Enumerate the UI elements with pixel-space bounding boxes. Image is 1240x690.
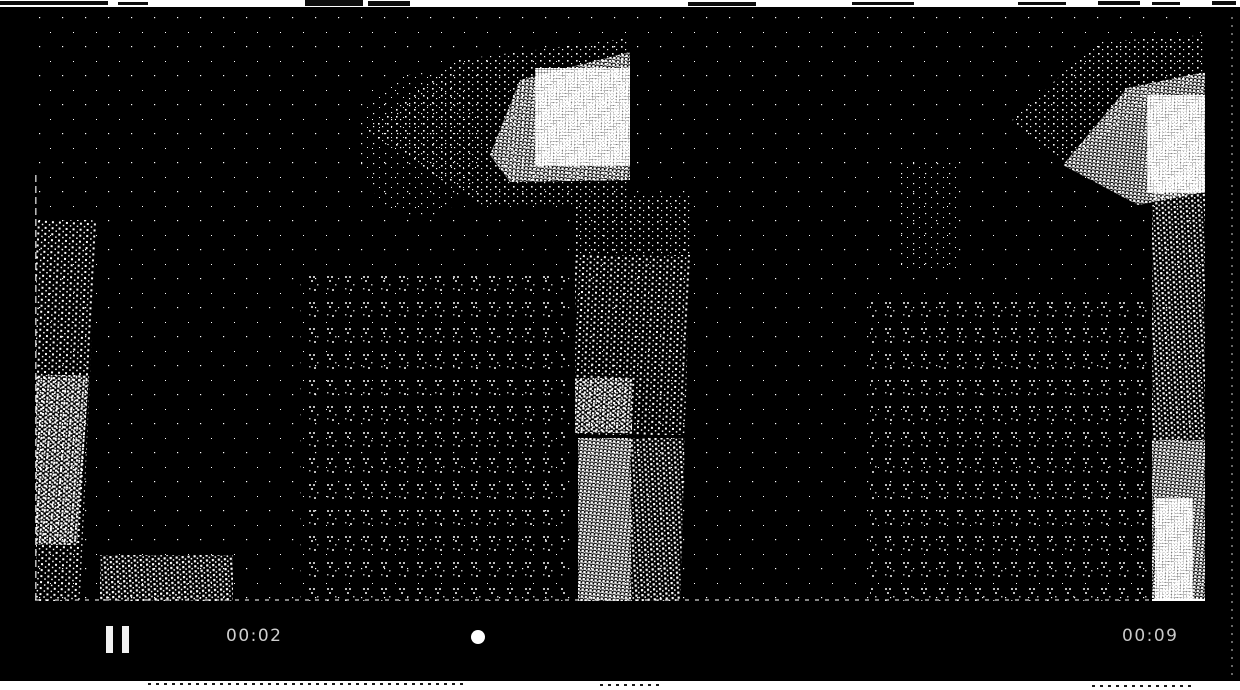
scan-bottom-strip [0,681,1240,690]
scanned-screenshot-page: 00:02 00:09 [0,0,1240,690]
scan-artifact [0,1,108,5]
low-structure-left [100,555,233,601]
sky-strip-right-top [1152,120,1205,175]
scan-top-strip [0,0,1240,7]
pause-button[interactable] [91,615,143,663]
building-windows-left [300,265,565,601]
pause-icon [106,626,129,653]
sky-column-top [575,195,690,255]
scan-artifact [852,2,914,5]
scan-artifact [600,684,660,686]
cloud-core-left [535,68,630,166]
scan-artifact [305,0,363,6]
sky-column-lower-right [631,438,685,601]
current-time-label: 00:02 [226,626,283,646]
sky-column-bright [578,438,631,601]
video-content [35,10,1205,601]
seek-bar[interactable] [300,635,1100,639]
scan-edge-line [1231,17,1233,675]
playhead-dot[interactable] [471,630,485,644]
sky-column-center [575,195,690,601]
scan-artifact [118,2,148,5]
scan-artifact [1098,1,1140,5]
scan-artifact [1212,1,1236,5]
scan-artifact [1092,685,1192,687]
sky-strip-right-core [1155,498,1193,601]
sky-strip-right-mid [1152,175,1205,440]
sky-column-patch [575,378,632,433]
scan-artifact [148,683,468,685]
playback-controls: 00:02 00:09 [0,601,1240,681]
duration-label: 00:09 [1122,626,1176,646]
scan-artifact [368,1,410,6]
building-windows-right [870,295,1148,601]
scan-artifact [1152,2,1180,5]
scan-artifact [688,2,756,6]
window-glints-high-right [900,160,960,270]
scan-artifact [1018,2,1066,5]
video-player: 00:02 00:09 [0,7,1240,681]
video-viewport[interactable] [35,10,1205,601]
